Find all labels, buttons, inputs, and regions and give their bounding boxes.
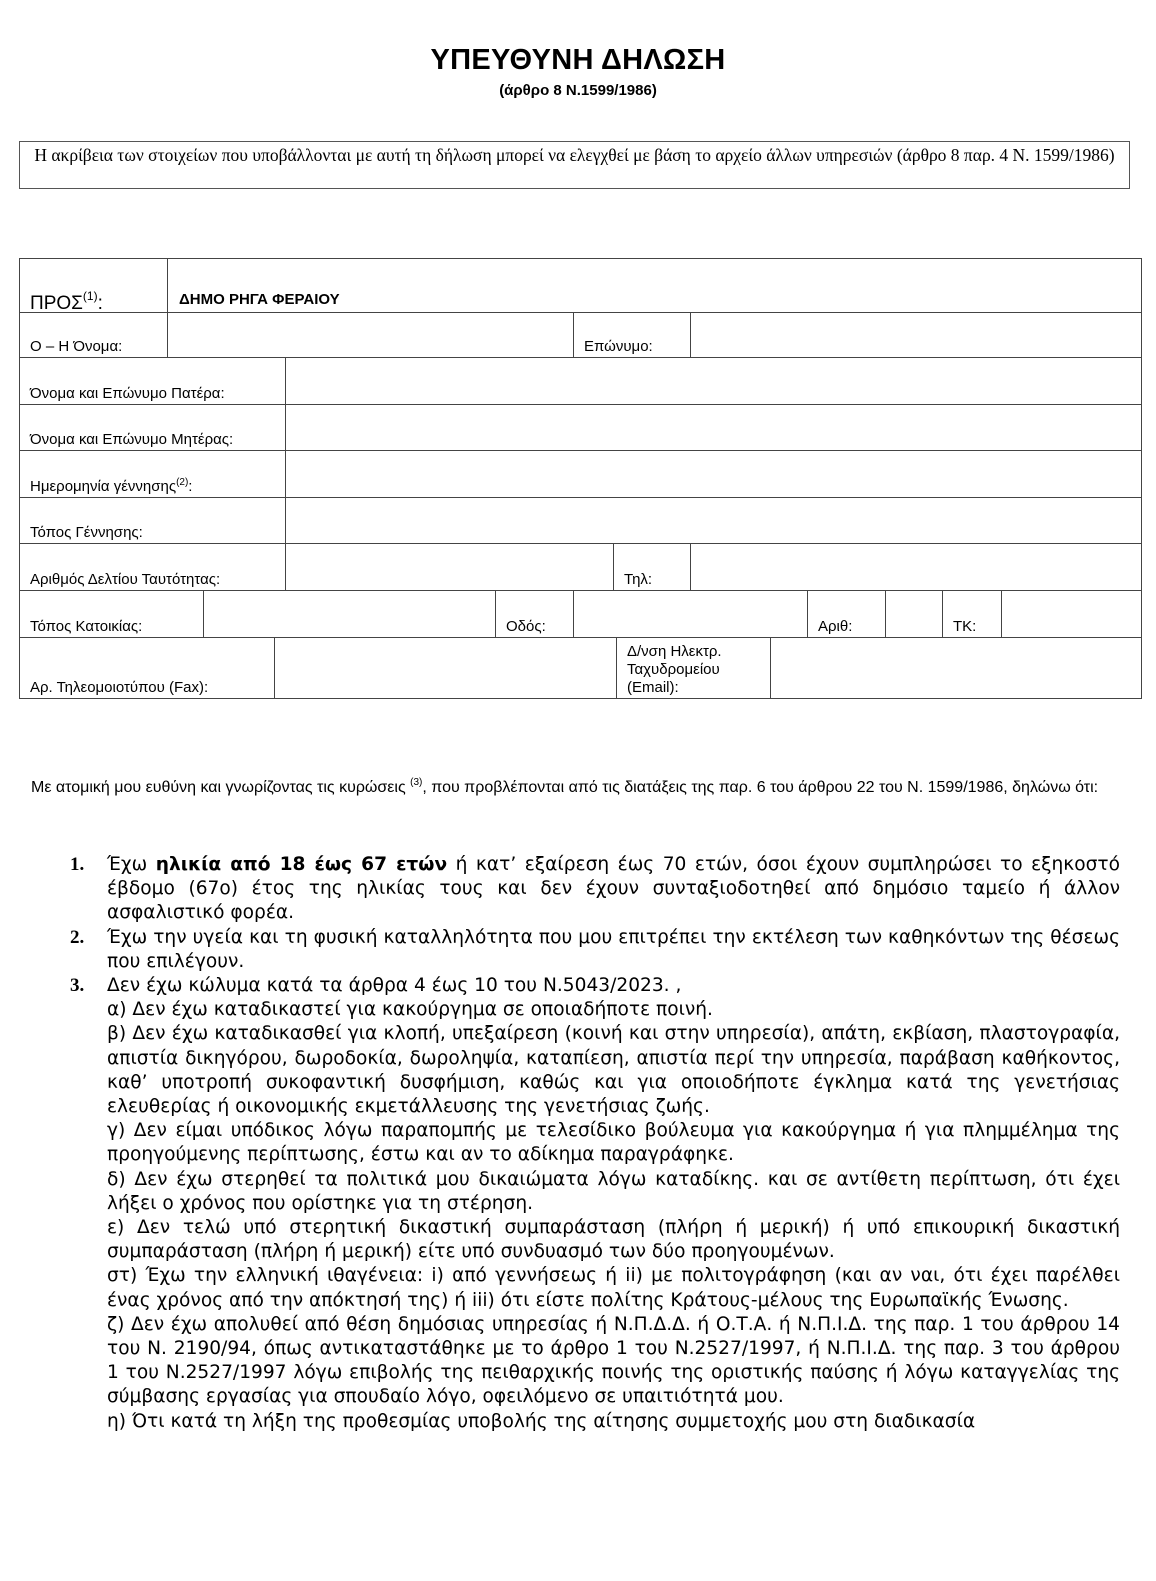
mother-label: Όνομα και Επώνυμο Μητέρας:	[30, 431, 233, 448]
accuracy-notice: Η ακρίβεια των στοιχείων που υποβάλλοντα…	[19, 141, 1130, 189]
number-field[interactable]	[885, 590, 943, 638]
fax-field[interactable]	[274, 637, 617, 699]
street-field[interactable]	[573, 590, 808, 638]
phone-field[interactable]	[690, 543, 1142, 591]
subitem-h: η) Ότι κατά τη λήξη της προθεσμίας υποβο…	[107, 1410, 1120, 1434]
id-field[interactable]	[285, 543, 614, 591]
to-label: ΠΡΟΣ(1):	[30, 295, 103, 312]
residence-label-cell: Τόπος Κατοικίας:	[19, 590, 204, 638]
to-label-cell: ΠΡΟΣ(1):	[19, 258, 168, 313]
id-label: Αριθμός Δελτίου Ταυτότητας:	[30, 571, 220, 588]
item-number: 2.	[70, 926, 84, 950]
zip-label: ΤΚ:	[953, 618, 976, 635]
fax-label-cell: Αρ. Τηλεομοιοτύπου (Fax):	[19, 637, 275, 699]
item-number: 1.	[70, 853, 84, 877]
residence-field[interactable]	[203, 590, 496, 638]
document-title: ΥΠΕΥΘΥΝΗ ΔΗΛΩΣΗ	[0, 44, 1156, 77]
document-subtitle: (άρθρο 8 Ν.1599/1986)	[0, 82, 1156, 99]
father-field[interactable]	[285, 357, 1142, 405]
id-label-cell: Αριθμός Δελτίου Ταυτότητας:	[19, 543, 286, 591]
surname-label-cell: Επώνυμο:	[573, 312, 691, 358]
subitem-c: γ) Δεν είμαι υπόδικος λόγω παραπομπής με…	[107, 1119, 1120, 1167]
declaration-list: 1. Έχω ηλικία από 18 έως 67 ετών ή κατ’ …	[0, 853, 1156, 1434]
zip-field[interactable]	[1001, 590, 1142, 638]
email-label: Δ/νση Ηλεκτρ. Ταχυδρομείου (Email):	[627, 643, 722, 697]
birthplace-field[interactable]	[285, 497, 1142, 544]
birthdate-label-cell: Ημερομηνία γέννησης(2):	[19, 450, 286, 498]
list-item: 1. Έχω ηλικία από 18 έως 67 ετών ή κατ’ …	[0, 853, 1120, 926]
first-name-label: Ο – Η Όνομα:	[30, 338, 122, 355]
subitem-d: δ) Δεν έχω στερηθεί τα πολιτικά μου δικα…	[107, 1168, 1120, 1216]
first-name-label-cell: Ο – Η Όνομα:	[19, 312, 168, 358]
birthplace-label-cell: Τόπος Γέννησης:	[19, 497, 286, 544]
first-name-field[interactable]	[167, 312, 574, 358]
email-field[interactable]	[770, 637, 1142, 699]
residence-label: Τόπος Κατοικίας:	[30, 618, 142, 635]
street-label-cell: Οδός:	[495, 590, 574, 638]
phone-label: Τηλ:	[624, 571, 652, 588]
number-label: Αριθ:	[818, 618, 852, 635]
subitem-z: ζ) Δεν έχω απολυθεί από θέση δημόσιας υπ…	[107, 1313, 1120, 1410]
phone-label-cell: Τηλ:	[613, 543, 691, 591]
declaration-intro: Με ατομική μου ευθύνη και γνωρίζοντας τι…	[31, 777, 1111, 798]
declaration-form: ΠΡΟΣ(1): ΔΗΜΟ ΡΗΓΑ ΦΕΡΑΙΟΥ Ο – Η Όνομα: …	[19, 258, 1142, 699]
mother-label-cell: Όνομα και Επώνυμο Μητέρας:	[19, 404, 286, 451]
subitem-b: β) Δεν έχω καταδικασθεί για κλοπή, υπεξα…	[107, 1022, 1120, 1119]
surname-label: Επώνυμο:	[584, 338, 653, 355]
mother-field[interactable]	[285, 404, 1142, 451]
list-item: 2. Έχω την υγεία και τη φυσική καταλληλό…	[0, 926, 1120, 974]
father-label: Όνομα και Επώνυμο Πατέρα:	[30, 385, 225, 402]
email-label-cell: Δ/νση Ηλεκτρ. Ταχυδρομείου (Email):	[616, 637, 771, 699]
list-item: 3. Δεν έχω κώλυμα κατά τα άρθρα 4 έως 10…	[0, 974, 1120, 1434]
birthplace-label: Τόπος Γέννησης:	[30, 524, 143, 541]
birthdate-field[interactable]	[285, 450, 1142, 498]
subitem-e: ε) Δεν τελώ υπό στερητική δικαστική συμπ…	[107, 1216, 1120, 1264]
surname-field[interactable]	[690, 312, 1142, 358]
item-number: 3.	[70, 974, 84, 998]
footnote-ref: (3)	[410, 777, 422, 788]
to-value: ΔΗΜΟ ΡΗΓΑ ΦΕΡΑΙΟΥ	[179, 291, 340, 308]
number-label-cell: Αριθ:	[807, 590, 886, 638]
age-requirement: ηλικία από 18 έως 67 ετών	[156, 854, 447, 875]
street-label: Οδός:	[506, 618, 546, 635]
zip-label-cell: ΤΚ:	[942, 590, 1002, 638]
birthdate-label: Ημερομηνία γέννησης(2):	[30, 478, 192, 495]
subitem-st: στ) Έχω την ελληνική ιθαγένεια: i) από γ…	[107, 1264, 1120, 1312]
subitem-a: α) Δεν έχω καταδικαστεί για κακούργημα σ…	[107, 998, 1120, 1022]
father-label-cell: Όνομα και Επώνυμο Πατέρα:	[19, 357, 286, 405]
fax-label: Αρ. Τηλεομοιοτύπου (Fax):	[30, 679, 208, 696]
to-value-cell[interactable]: ΔΗΜΟ ΡΗΓΑ ΦΕΡΑΙΟΥ	[167, 258, 1142, 313]
